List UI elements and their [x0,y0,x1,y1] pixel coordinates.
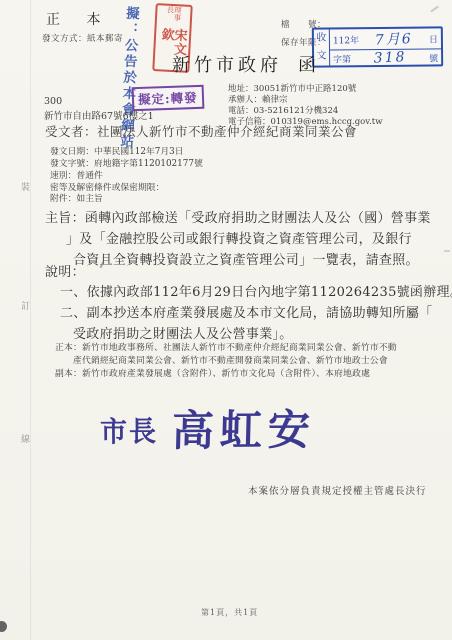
doc-type: 函 [298,55,320,76]
agency-title: 新竹市政府函 [172,51,320,77]
chairman-stamp-title: 理事長 [166,6,182,29]
binding-mark-ding: 訂 [21,299,30,312]
scanned-official-letter: 裝 訂 線 正 本 發文方式：紙本郵寄 檔 號： 保存年限： 收 文 112年 … [0,0,452,640]
original-copy-line-2: 產代銷經紀商業同業公會、新竹市不動產開發商業同業公會、新竹市地政士公會 [73,353,388,366]
received-date-handwritten: 7月6 [363,27,426,50]
copy-type-label: 正 本 [46,9,111,29]
subject-line-1: 主旨：函轉內政部檢送「受政府捐助之財團法人及公（國）營事業 [45,207,431,226]
carbon-copy-line: 副本：新竹市政府產業發展處（含附件）、新竹市文化局（含附件）、本府地政處 [55,366,370,379]
subject-text-1: 函轉內政部檢送「受政府捐助之財團法人及公（國）營事業 [85,211,431,226]
scan-artifact-dash [444,250,450,252]
description-item-1: 一、依據內政部112年6月29日台內地字第1120264235號函辦理。 [60,281,452,300]
recipient-line: 受文者：社團法人新竹市不動產仲介經紀商業同業公會 [45,122,357,140]
received-date-stamp: 收 文 112年 7月6 日 字第 318 號 [312,26,443,67]
received-stamp-char-shou: 收 [316,34,326,44]
scan-artifact-tick [430,6,438,12]
scan-fold-line [30,0,31,640]
authorization-note: 本案依分層負責規定授權主管處長決行 [248,483,427,497]
received-stamp-number-row: 字第 318 號 [330,48,441,66]
subject-line-2: 」及「金融控股公司或銀行轉投資之資產管理公司，及銀行 [66,228,412,247]
description-item-2-line-1: 二、副本抄送本府產業發展處及本市文化局，請協助轉知所屬「 [60,302,432,321]
original-copy-line-1: 正本：新竹市地政事務所、社團法人新竹市不動產仲介經紀商業同業公會、新竹市不動 [55,340,397,353]
subject-line-3: 合資且全資轉投資設立之資產管理公司」一覽表，請查照。 [73,249,419,268]
agency-name: 新竹市政府 [172,55,282,76]
received-year: 112年 [333,33,359,46]
received-no-suffix: 號 [429,51,438,64]
recipient-street-address: 新竹市自由路67號6樓之1 [44,108,154,122]
received-stamp-date-row: 112年 7月6 日 [330,28,441,49]
received-no-handwritten: 318 [355,48,426,67]
received-no-prefix: 字第 [333,52,351,65]
recipient-zip: 300 [44,96,62,107]
phone-number: 電話：03-5216121分機324 [228,106,383,117]
attachment-line: 附件：如主旨 [50,191,103,204]
description-label: 說明： [45,261,85,280]
case-officer: 承辦人：賴律宗 [228,95,383,106]
scan-artifact-spot [0,621,7,632]
mayor-signature: 市長 高虹安 [100,397,317,459]
mayor-name: 高虹安 [171,397,317,458]
page-number: 第1頁，共1頁 [201,607,258,618]
delivery-method: 發文方式：紙本郵寄 [42,32,123,44]
mayor-title: 市長 [100,408,158,449]
subject-label: 主旨： [45,211,85,226]
binding-mark-zhuang: 裝 [21,180,30,193]
agency-address: 地址：30051新竹市中正路120號 [228,84,383,95]
binding-mark-xian: 線 [21,432,30,445]
received-date-suffix: 日 [429,32,438,45]
